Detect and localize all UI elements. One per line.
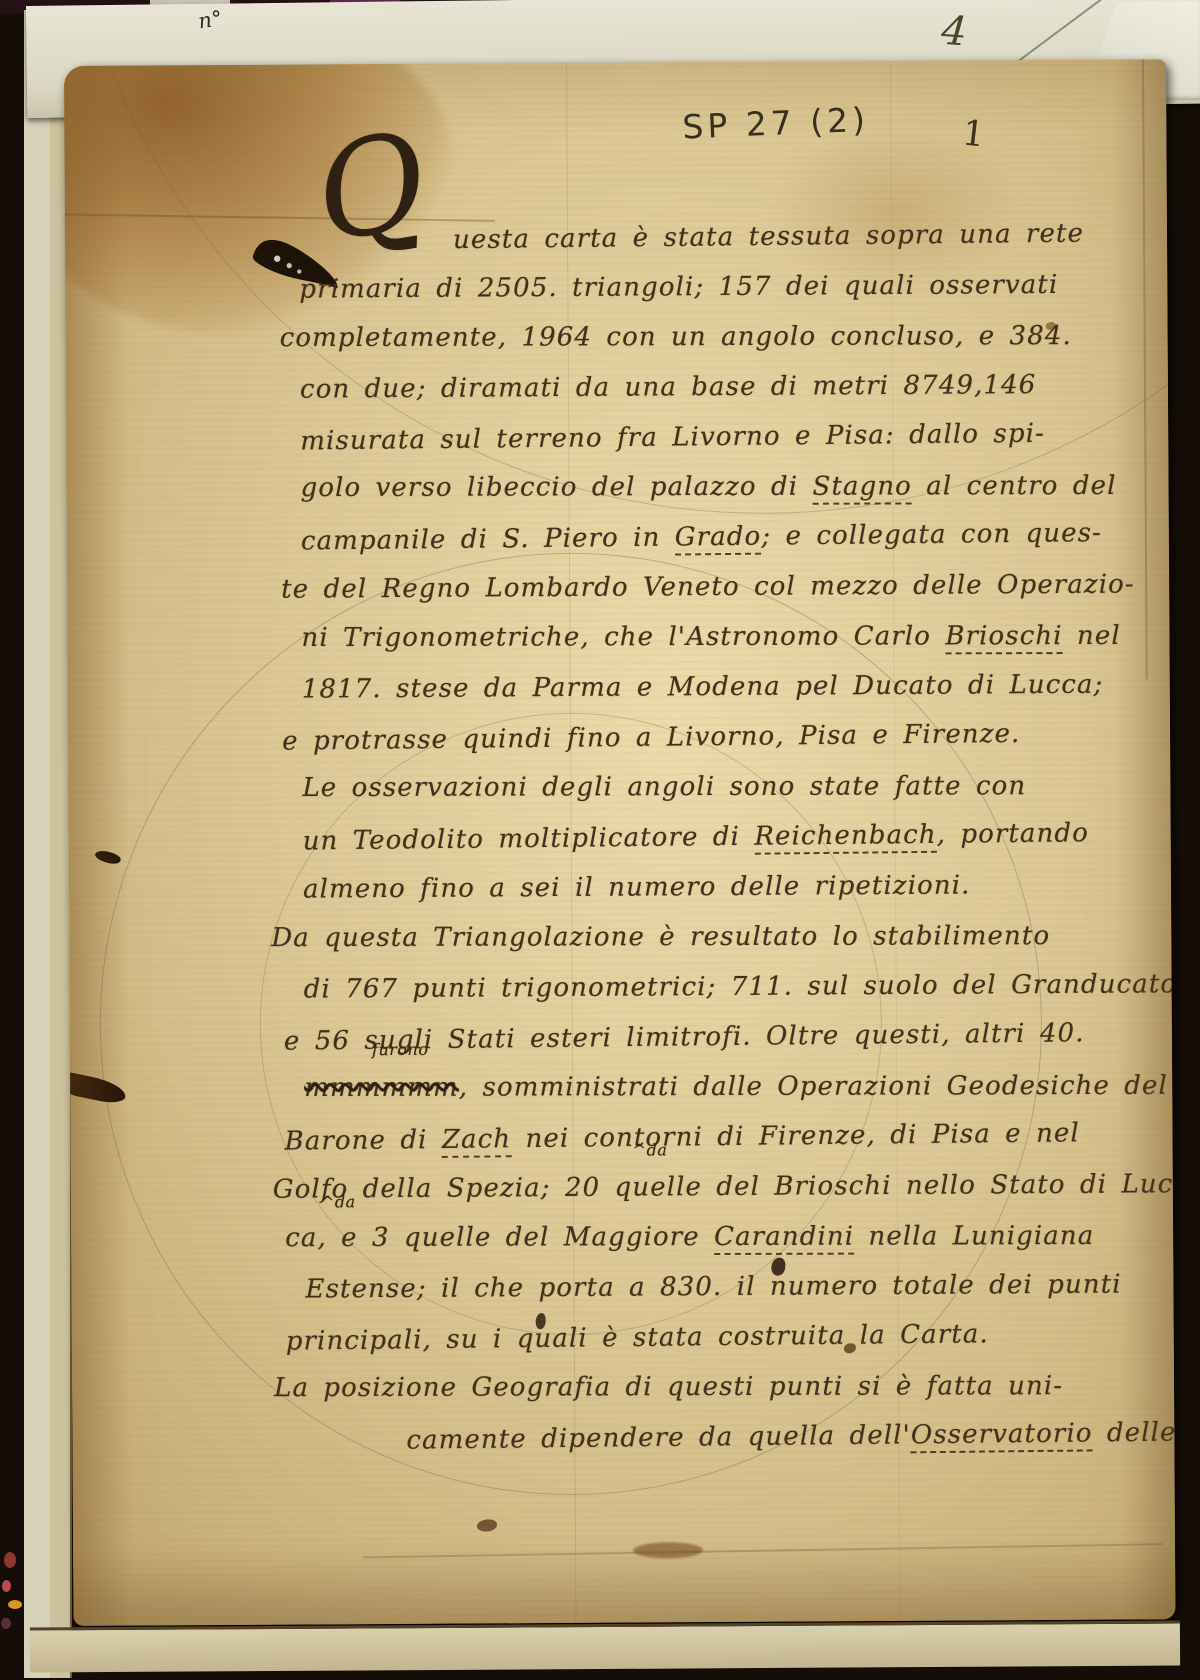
manuscript-line: ni Trigonometriche, che l'Astronomo Carl… (301, 611, 1167, 663)
manuscript-line: Le osservazioni degli angoli sono state … (302, 761, 1168, 813)
paper-crease (363, 1543, 1163, 1558)
manuscript-text: uesta carta è stata tessuta sopra una re… (265, 209, 1173, 1464)
manuscript-line: Golfo della Spezia; 20 quelle del Briosc… (273, 1159, 1171, 1214)
manuscript-line: La posizione Geografia di questi punti s… (274, 1361, 1172, 1413)
stain-smear (633, 1542, 703, 1558)
folio-number: 1 (960, 113, 987, 155)
manuscript-line: primaria di 2505. triangoli; 157 dei qua… (299, 259, 1165, 314)
ink-blot-margin (64, 1072, 128, 1106)
manuscript-line: almeno fino a sei il numero delle ripeti… (303, 859, 1169, 914)
stain-spot (477, 1519, 497, 1531)
edge-speck (2, 1580, 11, 1592)
manuscript-line: camente dipendere da quella dell'Osserva… (406, 1408, 1172, 1466)
caret-insertion-da-1: ^da (633, 1140, 668, 1159)
manuscript-line: Estense; il che porta a 830. il numero t… (305, 1259, 1171, 1314)
ink-blot (94, 848, 122, 866)
manuscript-line: golo verso libeccio del palazzo di Stagn… (301, 461, 1167, 513)
manuscript-line: te del Regno Lombardo Veneto col mezzo d… (281, 559, 1167, 614)
manuscript-line: con due; diramati da una base di metri 8… (300, 359, 1166, 414)
manuscript-line: uesta carta è stata tessuta sopra una re… (453, 208, 1165, 265)
edge-speck (1, 1618, 11, 1629)
bottom-page-edge (30, 1620, 1180, 1672)
manuscript-line: campanile di S. Piero in Grado; e colleg… (301, 507, 1167, 566)
scanned-manuscript: n° 4 SP 27 (2) 1 Q uesta c (0, 0, 1200, 1680)
manuscript-line: un Teodolito moltiplicatore di Reichenba… (302, 807, 1168, 866)
caret-insertion-da-2: ^da (321, 1192, 356, 1211)
archival-code: SP 27 (2) (682, 100, 870, 147)
inserted-word-furono: furono (372, 1040, 429, 1059)
cover-script-fragment: n° (197, 6, 224, 33)
manuscript-line: mmmmmm, somministrati dalle Operazioni G… (304, 1061, 1170, 1113)
manuscript-line: misurata sul terreno fra Livorno e Pisa:… (300, 407, 1166, 466)
manuscript-line: 1817. stese da Parma e Modena pel Ducato… (302, 659, 1168, 714)
manuscript-line: Barone di Zach nei contorni di Firenze, … (284, 1107, 1170, 1166)
manuscript-line: e protrasse quindi fino a Livorno, Pisa … (282, 707, 1168, 766)
cover-sheet-number: 4 (940, 8, 969, 56)
manuscript-line: completamente, 1964 con un angolo conclu… (280, 311, 1166, 363)
edge-speck (8, 1600, 22, 1609)
manuscript-line: di 767 punti trigonometrici; 711. sul su… (303, 959, 1169, 1014)
edge-speck (4, 1552, 16, 1568)
manuscript-line: ca, e 3 quelle del Maggiore Carandini ne… (285, 1211, 1171, 1263)
manuscript-line: principali, su i quali è stata costruita… (286, 1307, 1172, 1366)
manuscript-page: SP 27 (2) 1 Q uesta carta è stata tessut… (64, 59, 1176, 1626)
manuscript-line: Da questa Triangolazione è resultato lo … (271, 911, 1169, 963)
